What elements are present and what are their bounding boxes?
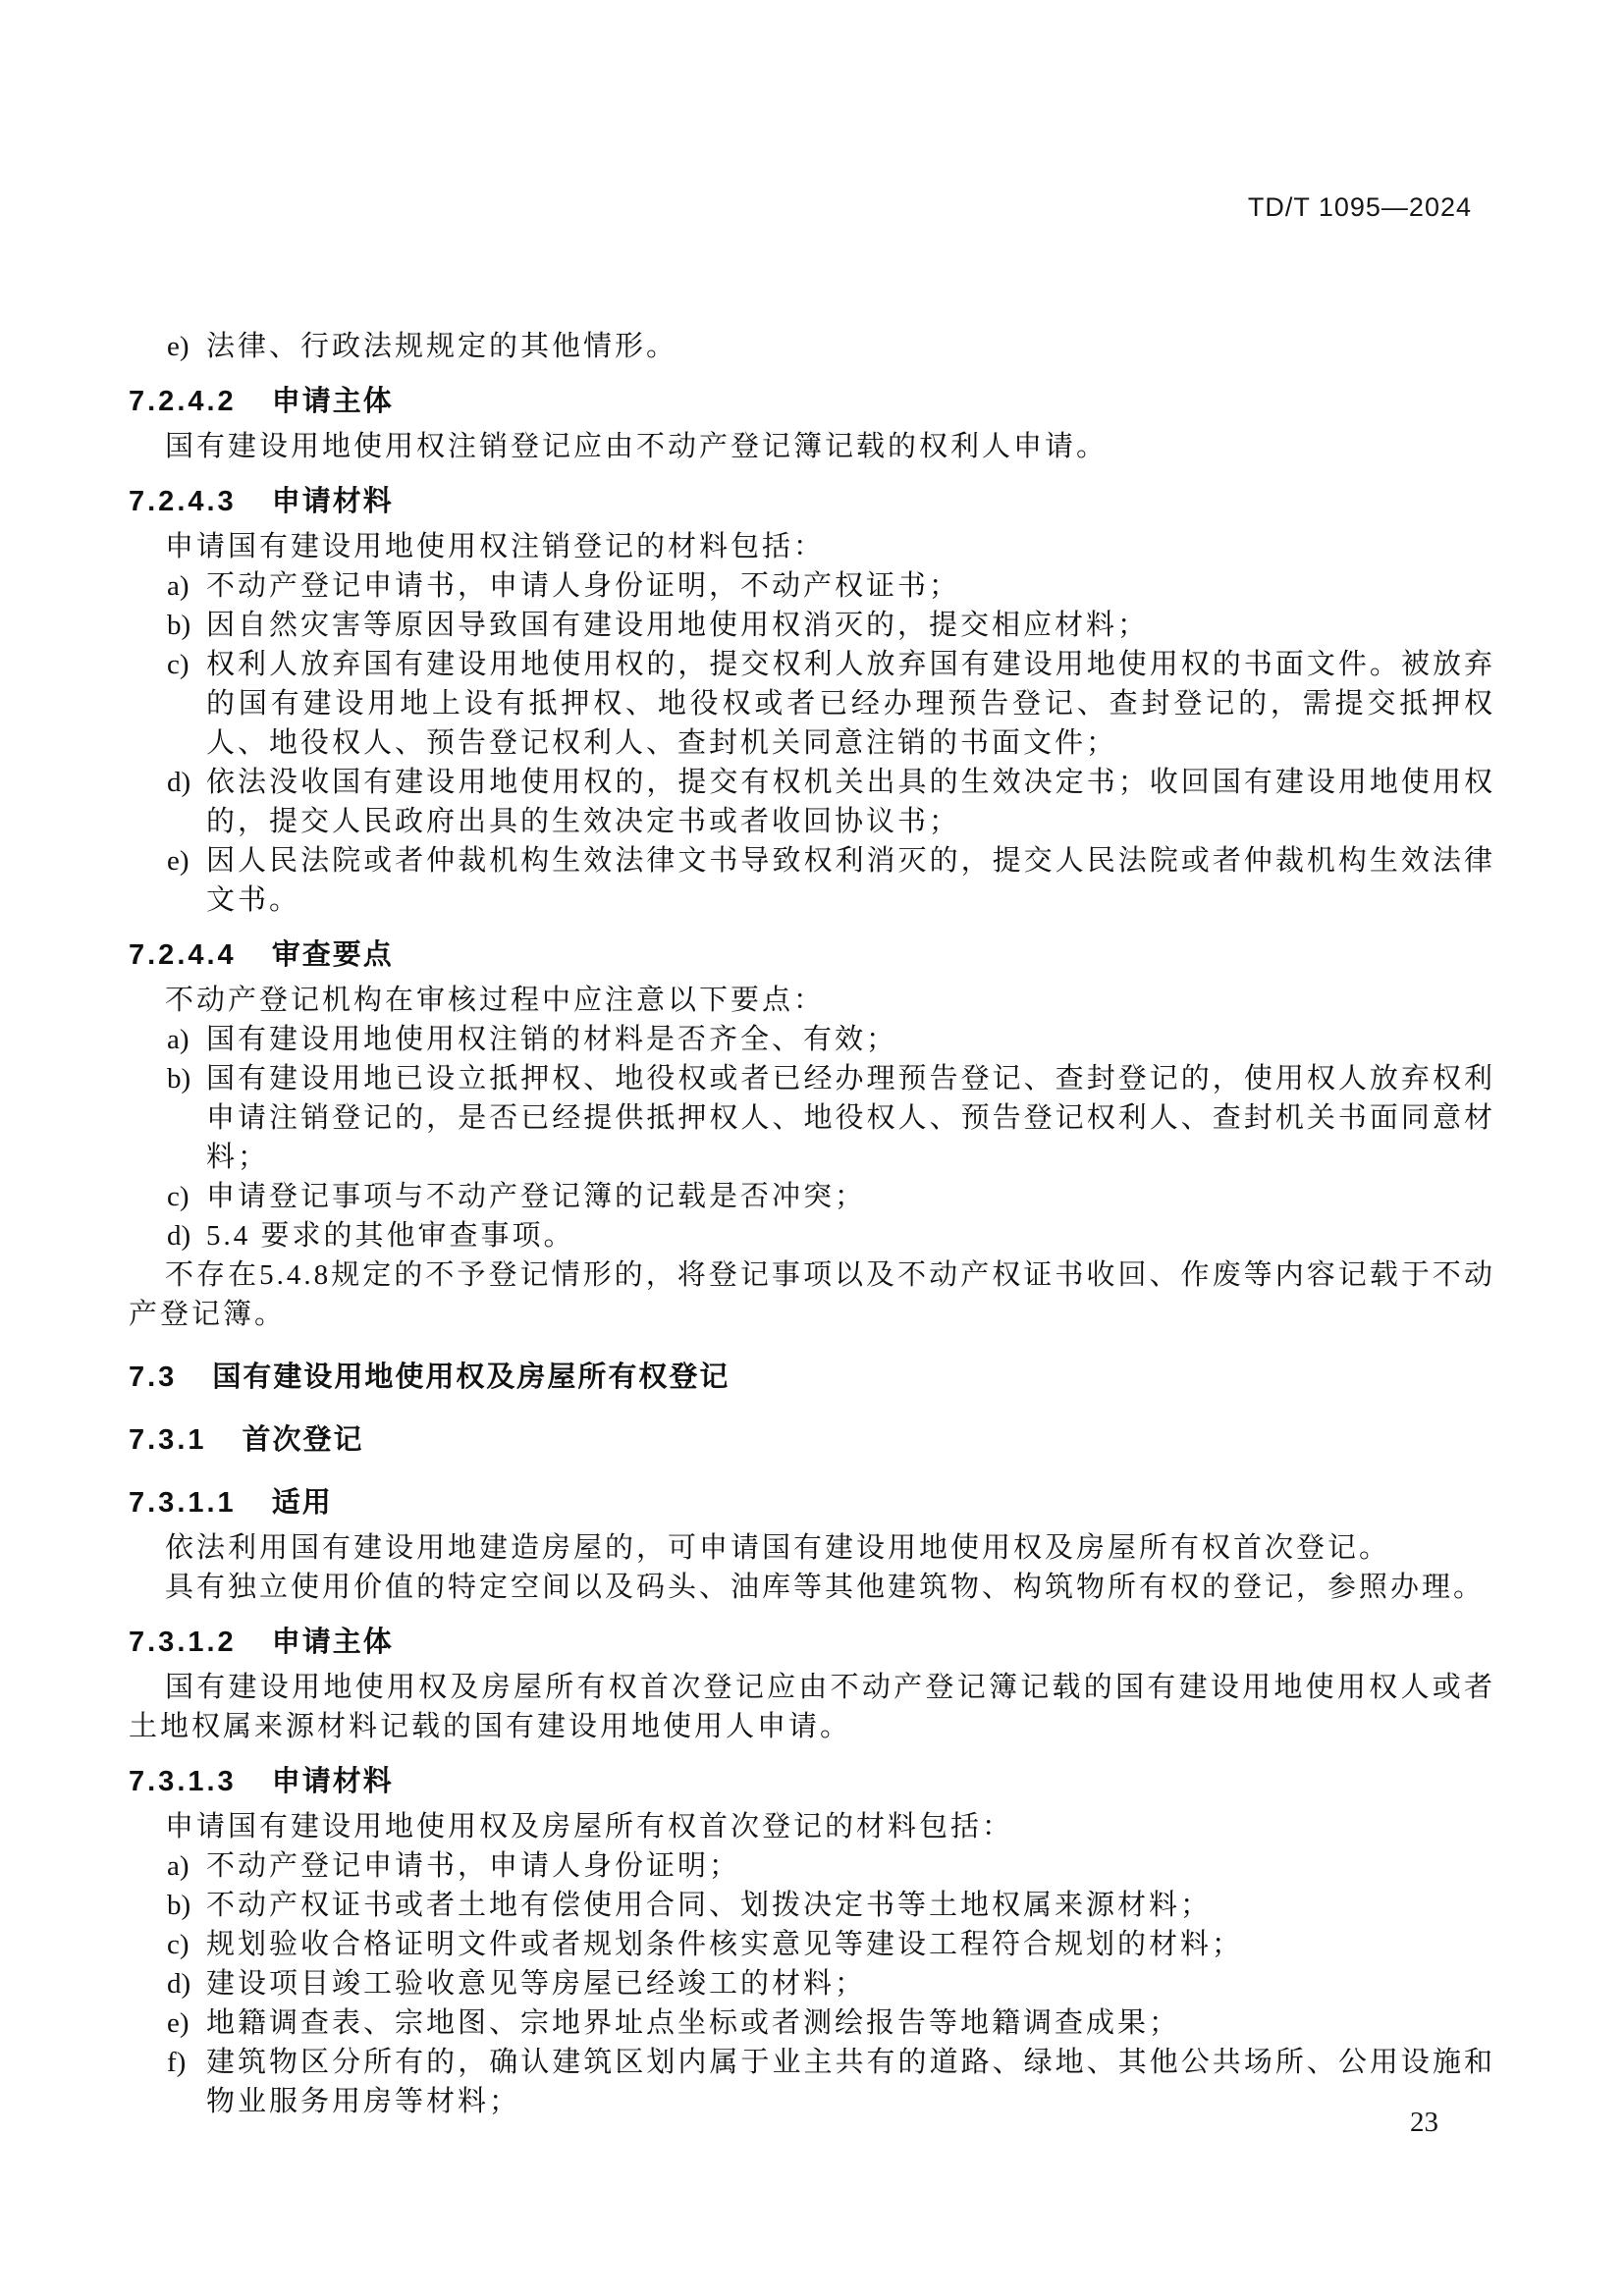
list-item-text: 规划验收合格证明文件或者规划条件核实意见等建设工程符合规划的材料； <box>206 1929 1243 1960</box>
section-heading-7242: 7.2.4.2申请主体 <box>129 382 1495 421</box>
page-number: 23 <box>1410 2107 1438 2139</box>
list-item-text: 不动产权证书或者土地有偿使用合同、划拨决定书等土地权属来源材料； <box>206 1890 1212 1921</box>
list-item-text: 地籍调查表、宗地图、宗地界址点坐标或者测绘报告等地籍调查成果； <box>206 2007 1180 2039</box>
section-heading-7244: 7.2.4.4审查要点 <box>129 935 1495 975</box>
section-heading-7313: 7.3.1.3申请材料 <box>129 1762 1495 1801</box>
list-item-text: 建筑物区分所有的，确认建筑区划内属于业主共有的道路、绿地、其他公共场所、公用设施… <box>206 2047 1495 2117</box>
section-title: 申请材料 <box>272 486 394 517</box>
section-number: 7.2.4.4 <box>129 939 237 971</box>
list-item-label: b) <box>167 1059 190 1098</box>
list-item: b) 国有建设用地已设立抵押权、地役权或者已经办理预告登记、查封登记的，使用权人… <box>129 1059 1495 1177</box>
standard-number-header: TD/T 1095—2024 <box>129 192 1495 223</box>
materials-list-7243: a) 不动产登记申请书，申请人身份证明，不动产权证书； b) 因自然灾害等原因导… <box>129 566 1495 920</box>
section-title: 适用 <box>272 1487 333 1519</box>
list-item-text: 法律、行政法规规定的其他情形。 <box>206 331 677 362</box>
list-item: a) 不动产登记申请书，申请人身份证明，不动产权证书； <box>129 566 1495 606</box>
list-item-text: 因自然灾害等原因导致国有建设用地使用权消灭的，提交相应材料； <box>206 610 1149 641</box>
list-item-text: 依法没收国有建设用地使用权的，提交有权机关出具的生效决定书；收回国有建设用地使用… <box>206 767 1495 837</box>
list-item-label: c) <box>167 1177 189 1216</box>
list-item: c) 权利人放弃国有建设用地使用权的，提交权利人放弃国有建设用地使用权的书面文件… <box>129 645 1495 763</box>
section-number: 7.2.4.3 <box>129 486 237 517</box>
section-heading-7311: 7.3.1.1适用 <box>129 1483 1495 1522</box>
standard-document-page: { "header": { "standard_number": "TD/T 1… <box>0 0 1624 2296</box>
section-title: 国有建设用地使用权及房屋所有权登记 <box>212 1362 730 1393</box>
paragraph: 申请国有建设用地使用权及房屋所有权首次登记的材料包括： <box>129 1807 1495 1846</box>
list-item-label: c) <box>167 645 189 684</box>
list-item-text: 5.4 要求的其他审查事项。 <box>206 1220 575 1252</box>
materials-list-7313: a) 不动产登记申请书，申请人身份证明； b) 不动产权证书或者土地有偿使用合同… <box>129 1846 1495 2121</box>
section-title: 申请材料 <box>272 1766 394 1797</box>
section-heading-73: 7.3国有建设用地使用权及房屋所有权登记 <box>129 1358 1495 1397</box>
section-title: 首次登记 <box>243 1424 364 1456</box>
review-points-list-7244: a) 国有建设用地使用权注销的材料是否齐全、有效； b) 国有建设用地已设立抵押… <box>129 1020 1495 1255</box>
list-item: d) 建设项目竣工验收意见等房屋已经竣工的材料； <box>129 1964 1495 2003</box>
list-item: e) 地籍调查表、宗地图、宗地界址点坐标或者测绘报告等地籍调查成果； <box>129 2003 1495 2043</box>
paragraph: 具有独立使用价值的特定空间以及码头、油库等其他建筑物、构筑物所有权的登记，参照办… <box>129 1568 1495 1607</box>
paragraph: 依法利用国有建设用地建造房屋的，可申请国有建设用地使用权及房屋所有权首次登记。 <box>129 1528 1495 1568</box>
document-body: e) 法律、行政法规规定的其他情形。 7.2.4.2申请主体 国有建设用地使用权… <box>129 327 1495 2121</box>
list-item: f) 建筑物区分所有的，确认建筑区划内属于业主共有的道路、绿地、其他公共场所、公… <box>129 2043 1495 2121</box>
section-title: 审查要点 <box>272 939 394 971</box>
list-item-text: 建设项目竣工验收意见等房屋已经竣工的材料； <box>206 1968 866 2000</box>
list-item-label: e) <box>167 2003 189 2043</box>
paragraph: 国有建设用地使用权及房屋所有权首次登记应由不动产登记簿记载的国有建设用地使用权人… <box>129 1668 1495 1746</box>
list-item-label: f) <box>167 2043 186 2082</box>
paragraph: 国有建设用地使用权注销登记应由不动产登记簿记载的权利人申请。 <box>129 427 1495 466</box>
list-item: c) 规划验收合格证明文件或者规划条件核实意见等建设工程符合规划的材料； <box>129 1925 1495 1964</box>
list-item-label: b) <box>167 606 190 645</box>
list-item-label: a) <box>167 1020 189 1059</box>
section-heading-731: 7.3.1首次登记 <box>129 1420 1495 1460</box>
list-item: e) 因人民法院或者仲裁机构生效法律文书导致权利消灭的，提交人民法院或者仲裁机构… <box>129 841 1495 920</box>
list-item-label: a) <box>167 566 189 606</box>
list-item-label: a) <box>167 1846 189 1886</box>
list-item-text: 申请登记事项与不动产登记簿的记载是否冲突； <box>206 1181 866 1212</box>
list-item: d) 依法没收国有建设用地使用权的，提交有权机关出具的生效决定书；收回国有建设用… <box>129 763 1495 841</box>
section-title: 申请主体 <box>272 1627 394 1658</box>
list-item-text: 不动产登记申请书，申请人身份证明； <box>206 1850 740 1882</box>
list-item-text: 权利人放弃国有建设用地使用权的，提交权利人放弃国有建设用地使用权的书面文件。被放… <box>206 649 1495 759</box>
list-item-label: c) <box>167 1925 189 1964</box>
list-item-text: 国有建设用地已设立抵押权、地役权或者已经办理预告登记、查封登记的，使用权人放弃权… <box>206 1063 1495 1173</box>
list-item: b) 因自然灾害等原因导致国有建设用地使用权消灭的，提交相应材料； <box>129 606 1495 645</box>
section-title: 申请主体 <box>272 386 394 417</box>
list-item: d) 5.4 要求的其他审查事项。 <box>129 1216 1495 1255</box>
list-item-label: e) <box>167 841 189 881</box>
list-item-label: d) <box>167 763 190 802</box>
section-number: 7.3.1.1 <box>129 1487 237 1519</box>
list-item-label: e) <box>167 327 189 366</box>
list-item-text: 不动产登记申请书，申请人身份证明，不动产权证书； <box>206 570 960 602</box>
list-item: b) 不动产权证书或者土地有偿使用合同、划拨决定书等土地权属来源材料； <box>129 1886 1495 1925</box>
section-heading-7312: 7.3.1.2申请主体 <box>129 1623 1495 1662</box>
list-item: a) 不动产登记申请书，申请人身份证明； <box>129 1846 1495 1886</box>
paragraph: 申请国有建设用地使用权注销登记的材料包括： <box>129 527 1495 566</box>
list-item: e) 法律、行政法规规定的其他情形。 <box>129 327 1495 366</box>
paragraph: 不存在5.4.8规定的不予登记情形的，将登记事项以及不动产权证书收回、作废等内容… <box>129 1255 1495 1334</box>
list-item-text: 国有建设用地使用权注销的材料是否齐全、有效； <box>206 1024 897 1055</box>
paragraph: 不动产登记机构在审核过程中应注意以下要点： <box>129 981 1495 1020</box>
list-item: c) 申请登记事项与不动产登记簿的记载是否冲突； <box>129 1177 1495 1216</box>
list-item-label: d) <box>167 1964 190 2003</box>
carryover-list: e) 法律、行政法规规定的其他情形。 <box>129 327 1495 366</box>
section-number: 7.3.1 <box>129 1424 207 1456</box>
list-item-label: d) <box>167 1216 190 1255</box>
list-item-label: b) <box>167 1886 190 1925</box>
list-item: a) 国有建设用地使用权注销的材料是否齐全、有效； <box>129 1020 1495 1059</box>
section-number: 7.3.1.2 <box>129 1627 237 1658</box>
section-number: 7.3.1.3 <box>129 1766 237 1797</box>
section-heading-7243: 7.2.4.3申请材料 <box>129 482 1495 521</box>
list-item-text: 因人民法院或者仲裁机构生效法律文书导致权利消灭的，提交人民法院或者仲裁机构生效法… <box>206 845 1495 916</box>
section-number: 7.3 <box>129 1362 177 1393</box>
section-number: 7.2.4.2 <box>129 386 237 417</box>
